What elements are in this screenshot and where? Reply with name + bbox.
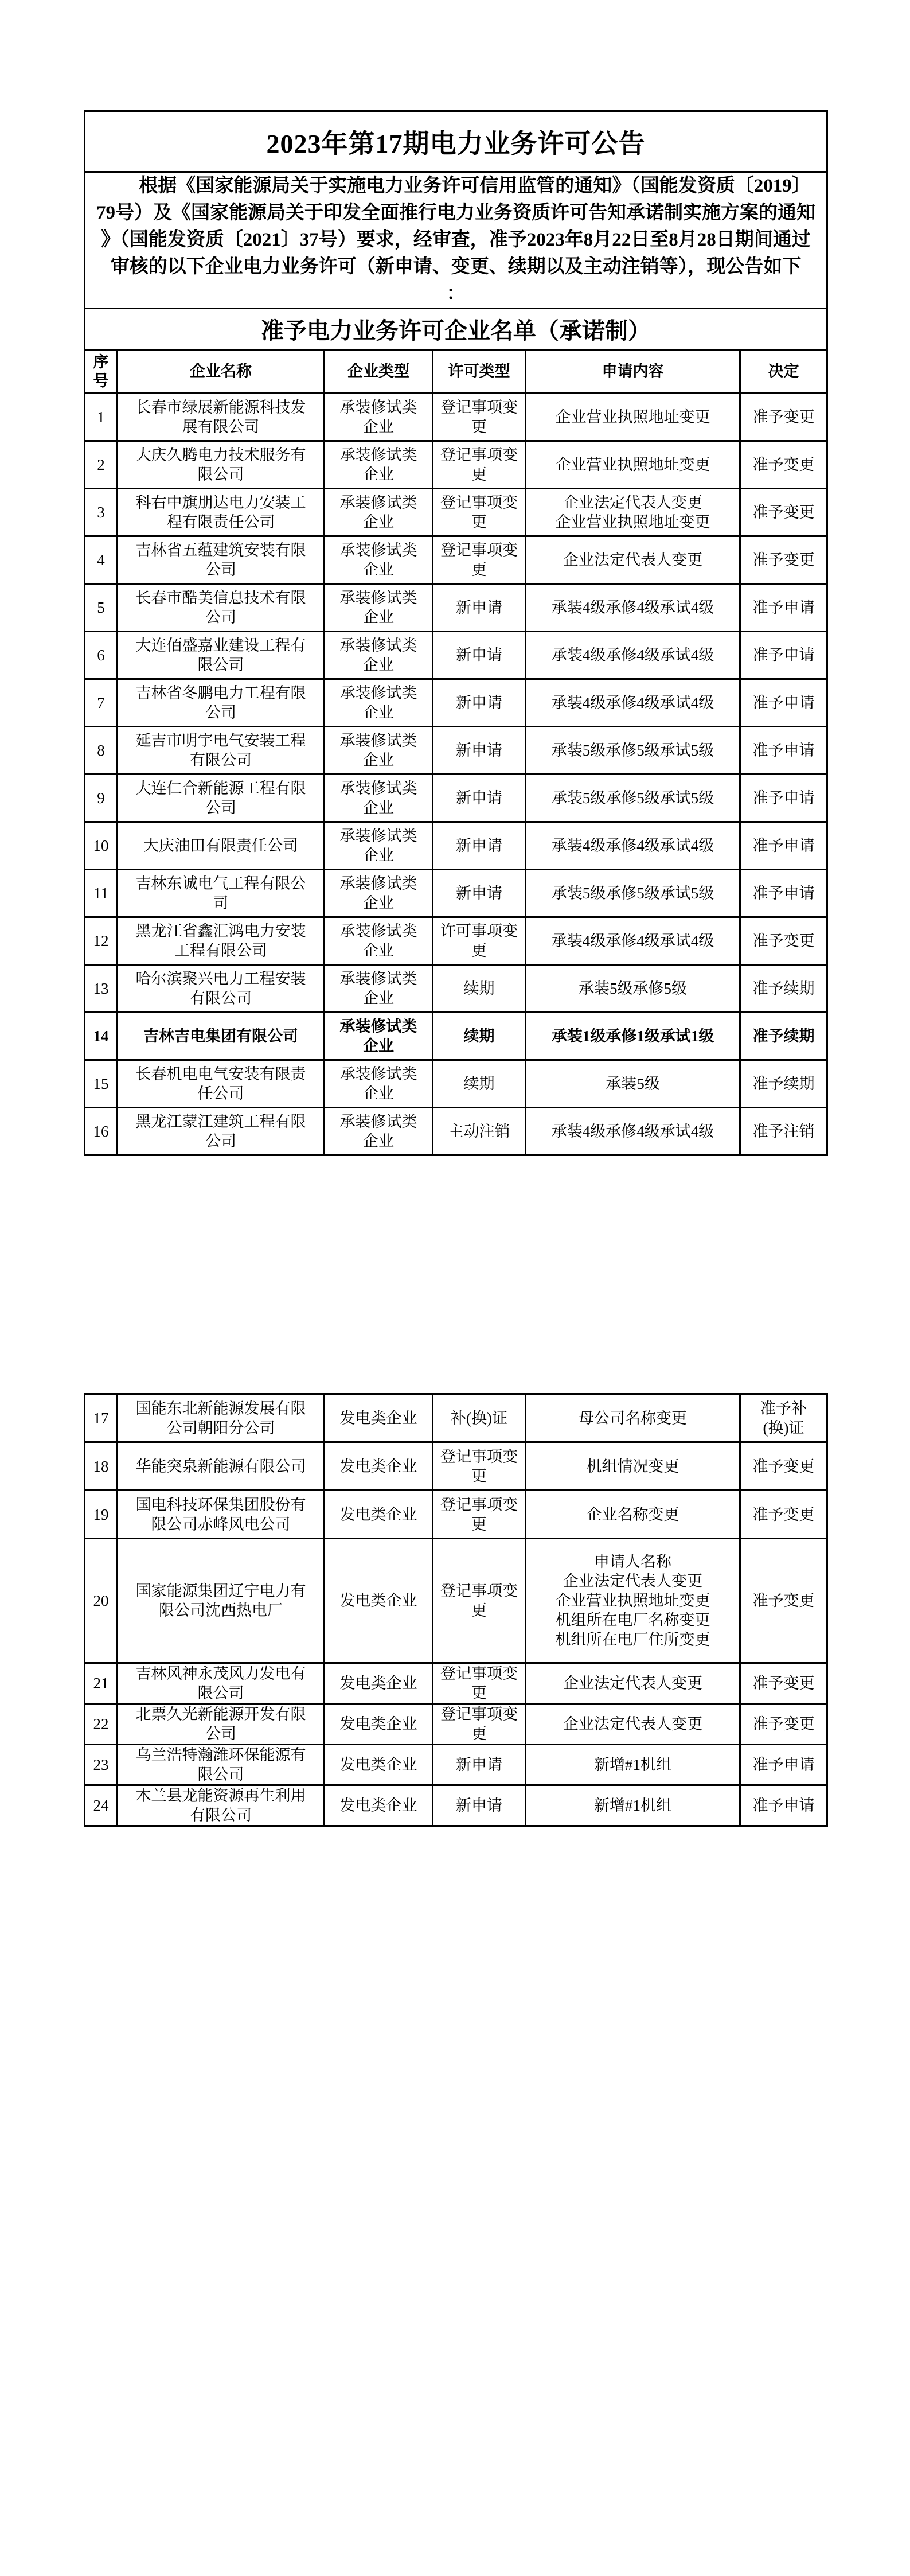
table-row: 24木兰县龙能资源再生利用有限公司发电类企业新申请新增#1机组准予申请	[85, 1785, 827, 1826]
cell-company-type: 承装修试类 企业	[325, 489, 433, 536]
cell-company-type: 承装修试类 企业	[325, 775, 433, 822]
cell-index: 5	[85, 584, 118, 632]
cell-decision: 准予注销	[740, 1108, 827, 1155]
cell-license-type: 登记事项变更	[433, 536, 526, 584]
cell-company-type: 承装修试类 企业	[325, 679, 433, 727]
cell-decision: 准予申请	[740, 584, 827, 632]
list-section-title: 准予电力业务许可企业名单（承诺制）	[85, 309, 827, 350]
table-row: 23乌兰浩特瀚潍环保能源有限公司发电类企业新申请新增#1机组准予申请	[85, 1745, 827, 1785]
cell-decision: 准予申请	[740, 727, 827, 775]
cell-index: 20	[85, 1539, 118, 1663]
cell-index: 21	[85, 1663, 118, 1704]
cell-company-type: 承装修试类 企业	[325, 441, 433, 489]
cell-company-type: 承装修试类 企业	[325, 822, 433, 870]
cell-decision: 准予申请	[740, 632, 827, 679]
cell-company-name: 吉林省五蕴建筑安装有限公司	[118, 536, 325, 584]
cell-decision: 准予变更	[740, 489, 827, 536]
cell-company-type: 承装修试类 企业	[325, 727, 433, 775]
cell-company-name: 长春机电电气安装有限责任公司	[118, 1060, 325, 1108]
table-row: 16黑龙江蒙江建筑工程有限公司承装修试类 企业主动注销承装4级承修4级承试4级准…	[85, 1108, 827, 1155]
table-row: 13哈尔滨聚兴电力工程安装有限公司承装修试类 企业续期承装5级承修5级准予续期	[85, 965, 827, 1013]
table-row: 15长春机电电气安装有限责任公司承装修试类 企业续期承装5级准予续期	[85, 1060, 827, 1108]
cell-license-type: 新申请	[433, 727, 526, 775]
cell-application-content: 母公司名称变更	[526, 1394, 740, 1442]
cell-decision: 准予申请	[740, 1745, 827, 1785]
cell-index: 19	[85, 1491, 118, 1539]
cell-decision: 准予变更	[740, 1704, 827, 1745]
cell-decision: 准予变更	[740, 1491, 827, 1539]
cell-decision: 准予变更	[740, 536, 827, 584]
cell-index: 23	[85, 1745, 118, 1785]
announcement-document: 2023年第17期电力业务许可公告 根据《国家能源局关于实施电力业务许可信用监管…	[0, 0, 910, 2576]
col-header-decision: 决定	[740, 350, 827, 394]
cell-company-name: 黑龙江省鑫汇鸿电力安装工程有限公司	[118, 917, 325, 965]
cell-license-type: 新申请	[433, 1785, 526, 1826]
cell-application-content: 承装4级承修4级承试4级	[526, 822, 740, 870]
table-row: 3科右中旗朋达电力安装工程有限责任公司承装修试类 企业登记事项变更企业法定代表人…	[85, 489, 827, 536]
cell-company-name: 吉林东诚电气工程有限公司	[118, 870, 325, 917]
cell-application-content: 企业法定代表人变更	[526, 1663, 740, 1704]
cell-license-type: 新申请	[433, 632, 526, 679]
cell-index: 7	[85, 679, 118, 727]
title-row: 2023年第17期电力业务许可公告	[85, 111, 827, 172]
table-row: 5长春市酷美信息技术有限公司承装修试类 企业新申请承装4级承修4级承试4级准予申…	[85, 584, 827, 632]
table-row: 18华能突泉新能源有限公司发电类企业登记事项变更机组情况变更准予变更	[85, 1442, 827, 1491]
section-title-row: 准予电力业务许可企业名单（承诺制）	[85, 309, 827, 350]
cell-license-type: 新申请	[433, 1745, 526, 1785]
table-row: 4吉林省五蕴建筑安装有限公司承装修试类 企业登记事项变更企业法定代表人变更准予变…	[85, 536, 827, 584]
table-header-row: 序号 企业名称 企业类型 许可类型 申请内容 决定	[85, 350, 827, 394]
table-row: 7吉林省冬鹏电力工程有限公司承装修试类 企业新申请承装4级承修4级承试4级准予申…	[85, 679, 827, 727]
cell-index: 10	[85, 822, 118, 870]
cell-decision: 准予申请	[740, 775, 827, 822]
cell-license-type: 续期	[433, 1013, 526, 1060]
document-body: 2023年第17期电力业务许可公告 根据《国家能源局关于实施电力业务许可信用监管…	[84, 110, 826, 1827]
cell-index: 15	[85, 1060, 118, 1108]
cell-application-content: 承装4级承修4级承试4级	[526, 917, 740, 965]
cell-application-content: 承装5级承修5级承试5级	[526, 775, 740, 822]
cell-index: 9	[85, 775, 118, 822]
cell-index: 17	[85, 1394, 118, 1442]
cell-company-type: 承装修试类 企业	[325, 870, 433, 917]
cell-license-type: 新申请	[433, 870, 526, 917]
cell-application-content: 企业名称变更	[526, 1491, 740, 1539]
cell-decision: 准予申请	[740, 870, 827, 917]
cell-application-content: 承装4级承修4级承试4级	[526, 679, 740, 727]
table-row: 1长春市绿展新能源科技发展有限公司承装修试类 企业登记事项变更企业营业执照地址变…	[85, 394, 827, 441]
col-header-company-type: 企业类型	[325, 350, 433, 394]
cell-company-type: 承装修试类 企业	[325, 965, 433, 1013]
cell-company-type: 发电类企业	[325, 1539, 433, 1663]
table-row: 20国家能源集团辽宁电力有限公司沈西热电厂发电类企业登记事项变更申请人名称 企业…	[85, 1539, 827, 1663]
cell-license-type: 新申请	[433, 584, 526, 632]
cell-application-content: 企业营业执照地址变更	[526, 394, 740, 441]
cell-license-type: 登记事项变更	[433, 1663, 526, 1704]
cell-company-type: 发电类企业	[325, 1442, 433, 1491]
cell-index: 12	[85, 917, 118, 965]
cell-decision: 准予续期	[740, 965, 827, 1013]
cell-company-name: 科右中旗朋达电力安装工程有限责任公司	[118, 489, 325, 536]
col-header-application-content: 申请内容	[526, 350, 740, 394]
cell-application-content: 申请人名称 企业法定代表人变更 企业营业执照地址变更 机组所在电厂名称变更 机组…	[526, 1539, 740, 1663]
cell-company-name: 延吉市明宇电气安装工程有限公司	[118, 727, 325, 775]
cell-company-type: 发电类企业	[325, 1394, 433, 1442]
cell-decision: 准予变更	[740, 1663, 827, 1704]
cell-license-type: 登记事项变更	[433, 394, 526, 441]
table-row: 10大庆油田有限责任公司承装修试类 企业新申请承装4级承修4级承试4级准予申请	[85, 822, 827, 870]
table-body-page2: 17国能东北新能源发展有限公司朝阳分公司发电类企业补(换)证母公司名称变更准予补…	[85, 1394, 827, 1826]
cell-license-type: 续期	[433, 1060, 526, 1108]
cell-application-content: 承装1级承修1级承试1级	[526, 1013, 740, 1060]
cell-company-name: 大连佰盛嘉业建设工程有限公司	[118, 632, 325, 679]
page-title: 2023年第17期电力业务许可公告	[85, 111, 827, 172]
cell-index: 22	[85, 1704, 118, 1745]
cell-license-type: 新申请	[433, 822, 526, 870]
cell-company-name: 乌兰浩特瀚潍环保能源有限公司	[118, 1745, 325, 1785]
cell-decision: 准予续期	[740, 1060, 827, 1108]
table-row: 19国电科技环保集团股份有限公司赤峰风电公司发电类企业登记事项变更企业名称变更准…	[85, 1491, 827, 1539]
cell-application-content: 新增#1机组	[526, 1745, 740, 1785]
col-header-license-type: 许可类型	[433, 350, 526, 394]
table-row: 12黑龙江省鑫汇鸿电力安装工程有限公司承装修试类 企业许可事项变更承装4级承修4…	[85, 917, 827, 965]
cell-decision: 准予申请	[740, 822, 827, 870]
cell-application-content: 企业法定代表人变更 企业营业执照地址变更	[526, 489, 740, 536]
cell-company-type: 承装修试类 企业	[325, 1108, 433, 1155]
cell-index: 1	[85, 394, 118, 441]
cell-license-type: 登记事项变更	[433, 441, 526, 489]
cell-index: 14	[85, 1013, 118, 1060]
cell-index: 6	[85, 632, 118, 679]
cell-company-name: 华能突泉新能源有限公司	[118, 1442, 325, 1491]
table-row: 2大庆久腾电力技术服务有限公司承装修试类 企业登记事项变更企业营业执照地址变更准…	[85, 441, 827, 489]
cell-company-name: 北票久光新能源开发有限公司	[118, 1704, 325, 1745]
license-table-page2: 17国能东北新能源发展有限公司朝阳分公司发电类企业补(换)证母公司名称变更准予补…	[84, 1393, 828, 1827]
cell-index: 24	[85, 1785, 118, 1826]
cell-application-content: 企业营业执照地址变更	[526, 441, 740, 489]
cell-company-name: 木兰县龙能资源再生利用有限公司	[118, 1785, 325, 1826]
cell-license-type: 续期	[433, 965, 526, 1013]
cell-application-content: 承装5级	[526, 1060, 740, 1108]
cell-company-name: 黑龙江蒙江建筑工程有限公司	[118, 1108, 325, 1155]
cell-decision: 准予变更	[740, 917, 827, 965]
cell-decision: 准予申请	[740, 679, 827, 727]
cell-company-type: 承装修试类 企业	[325, 584, 433, 632]
cell-license-type: 登记事项变更	[433, 1539, 526, 1663]
cell-decision: 准予补 (换)证	[740, 1394, 827, 1442]
cell-company-type: 发电类企业	[325, 1704, 433, 1745]
cell-license-type: 许可事项变更	[433, 917, 526, 965]
table-row: 22北票久光新能源开发有限公司发电类企业登记事项变更企业法定代表人变更准予变更	[85, 1704, 827, 1745]
cell-company-type: 发电类企业	[325, 1745, 433, 1785]
table-row: 6大连佰盛嘉业建设工程有限公司承装修试类 企业新申请承装4级承修4级承试4级准予…	[85, 632, 827, 679]
cell-company-name: 大庆油田有限责任公司	[118, 822, 325, 870]
cell-company-name: 哈尔滨聚兴电力工程安装有限公司	[118, 965, 325, 1013]
cell-index: 8	[85, 727, 118, 775]
col-header-company-name: 企业名称	[118, 350, 325, 394]
cell-decision: 准予变更	[740, 394, 827, 441]
cell-company-type: 承装修试类 企业	[325, 917, 433, 965]
cell-application-content: 承装5级承修5级承试5级	[526, 727, 740, 775]
cell-application-content: 企业法定代表人变更	[526, 1704, 740, 1745]
cell-company-name: 吉林吉电集团有限公司	[118, 1013, 325, 1060]
table-body-page1: 1长春市绿展新能源科技发展有限公司承装修试类 企业登记事项变更企业营业执照地址变…	[85, 394, 827, 1155]
cell-company-type: 发电类企业	[325, 1785, 433, 1826]
cell-license-type: 登记事项变更	[433, 1491, 526, 1539]
cell-company-name: 长春市绿展新能源科技发展有限公司	[118, 394, 325, 441]
cell-company-type: 承装修试类 企业	[325, 1013, 433, 1060]
cell-license-type: 登记事项变更	[433, 489, 526, 536]
table-row: 14吉林吉电集团有限公司承装修试类 企业续期承装1级承修1级承试1级准予续期	[85, 1013, 827, 1060]
col-header-index: 序号	[85, 350, 118, 394]
cell-company-name: 长春市酷美信息技术有限公司	[118, 584, 325, 632]
cell-decision: 准予变更	[740, 441, 827, 489]
cell-license-type: 登记事项变更	[433, 1704, 526, 1745]
cell-company-type: 发电类企业	[325, 1663, 433, 1704]
intro-row: 根据《国家能源局关于实施电力业务许可信用监管的通知》（国能发资质〔2019〕 7…	[85, 172, 827, 309]
table-row: 11吉林东诚电气工程有限公司承装修试类 企业新申请承装5级承修5级承试5级准予申…	[85, 870, 827, 917]
table-row: 8延吉市明宇电气安装工程有限公司承装修试类 企业新申请承装5级承修5级承试5级准…	[85, 727, 827, 775]
cell-company-type: 承装修试类 企业	[325, 536, 433, 584]
cell-index: 4	[85, 536, 118, 584]
cell-license-type: 补(换)证	[433, 1394, 526, 1442]
table-row: 17国能东北新能源发展有限公司朝阳分公司发电类企业补(换)证母公司名称变更准予补…	[85, 1394, 827, 1442]
cell-index: 3	[85, 489, 118, 536]
cell-company-name: 吉林风神永茂风力发电有限公司	[118, 1663, 325, 1704]
cell-company-type: 发电类企业	[325, 1491, 433, 1539]
cell-index: 13	[85, 965, 118, 1013]
intro-paragraph: 根据《国家能源局关于实施电力业务许可信用监管的通知》（国能发资质〔2019〕 7…	[85, 172, 827, 309]
cell-application-content: 承装4级承修4级承试4级	[526, 632, 740, 679]
cell-company-type: 承装修试类 企业	[325, 632, 433, 679]
cell-decision: 准予变更	[740, 1539, 827, 1663]
cell-license-type: 登记事项变更	[433, 1442, 526, 1491]
cell-company-type: 承装修试类 企业	[325, 1060, 433, 1108]
table-row: 21吉林风神永茂风力发电有限公司发电类企业登记事项变更企业法定代表人变更准予变更	[85, 1663, 827, 1704]
cell-company-name: 大庆久腾电力技术服务有限公司	[118, 441, 325, 489]
cell-application-content: 承装5级承修5级	[526, 965, 740, 1013]
cell-index: 11	[85, 870, 118, 917]
cell-index: 18	[85, 1442, 118, 1491]
cell-application-content: 新增#1机组	[526, 1785, 740, 1826]
cell-application-content: 企业法定代表人变更	[526, 536, 740, 584]
cell-application-content: 承装4级承修4级承试4级	[526, 584, 740, 632]
cell-license-type: 主动注销	[433, 1108, 526, 1155]
cell-company-name: 大连仁合新能源工程有限公司	[118, 775, 325, 822]
cell-license-type: 新申请	[433, 775, 526, 822]
cell-decision: 准予申请	[740, 1785, 827, 1826]
cell-application-content: 机组情况变更	[526, 1442, 740, 1491]
table-row: 9大连仁合新能源工程有限公司承装修试类 企业新申请承装5级承修5级承试5级准予申…	[85, 775, 827, 822]
cell-company-name: 吉林省冬鹏电力工程有限公司	[118, 679, 325, 727]
cell-decision: 准予变更	[740, 1442, 827, 1491]
cell-company-name: 国能东北新能源发展有限公司朝阳分公司	[118, 1394, 325, 1442]
license-table-page1: 2023年第17期电力业务许可公告 根据《国家能源局关于实施电力业务许可信用监管…	[84, 110, 828, 1156]
cell-company-type: 承装修试类 企业	[325, 394, 433, 441]
cell-index: 16	[85, 1108, 118, 1155]
cell-application-content: 承装5级承修5级承试5级	[526, 870, 740, 917]
cell-index: 2	[85, 441, 118, 489]
cell-decision: 准予续期	[740, 1013, 827, 1060]
cell-company-name: 国家能源集团辽宁电力有限公司沈西热电厂	[118, 1539, 325, 1663]
cell-license-type: 新申请	[433, 679, 526, 727]
cell-company-name: 国电科技环保集团股份有限公司赤峰风电公司	[118, 1491, 325, 1539]
cell-application-content: 承装4级承修4级承试4级	[526, 1108, 740, 1155]
